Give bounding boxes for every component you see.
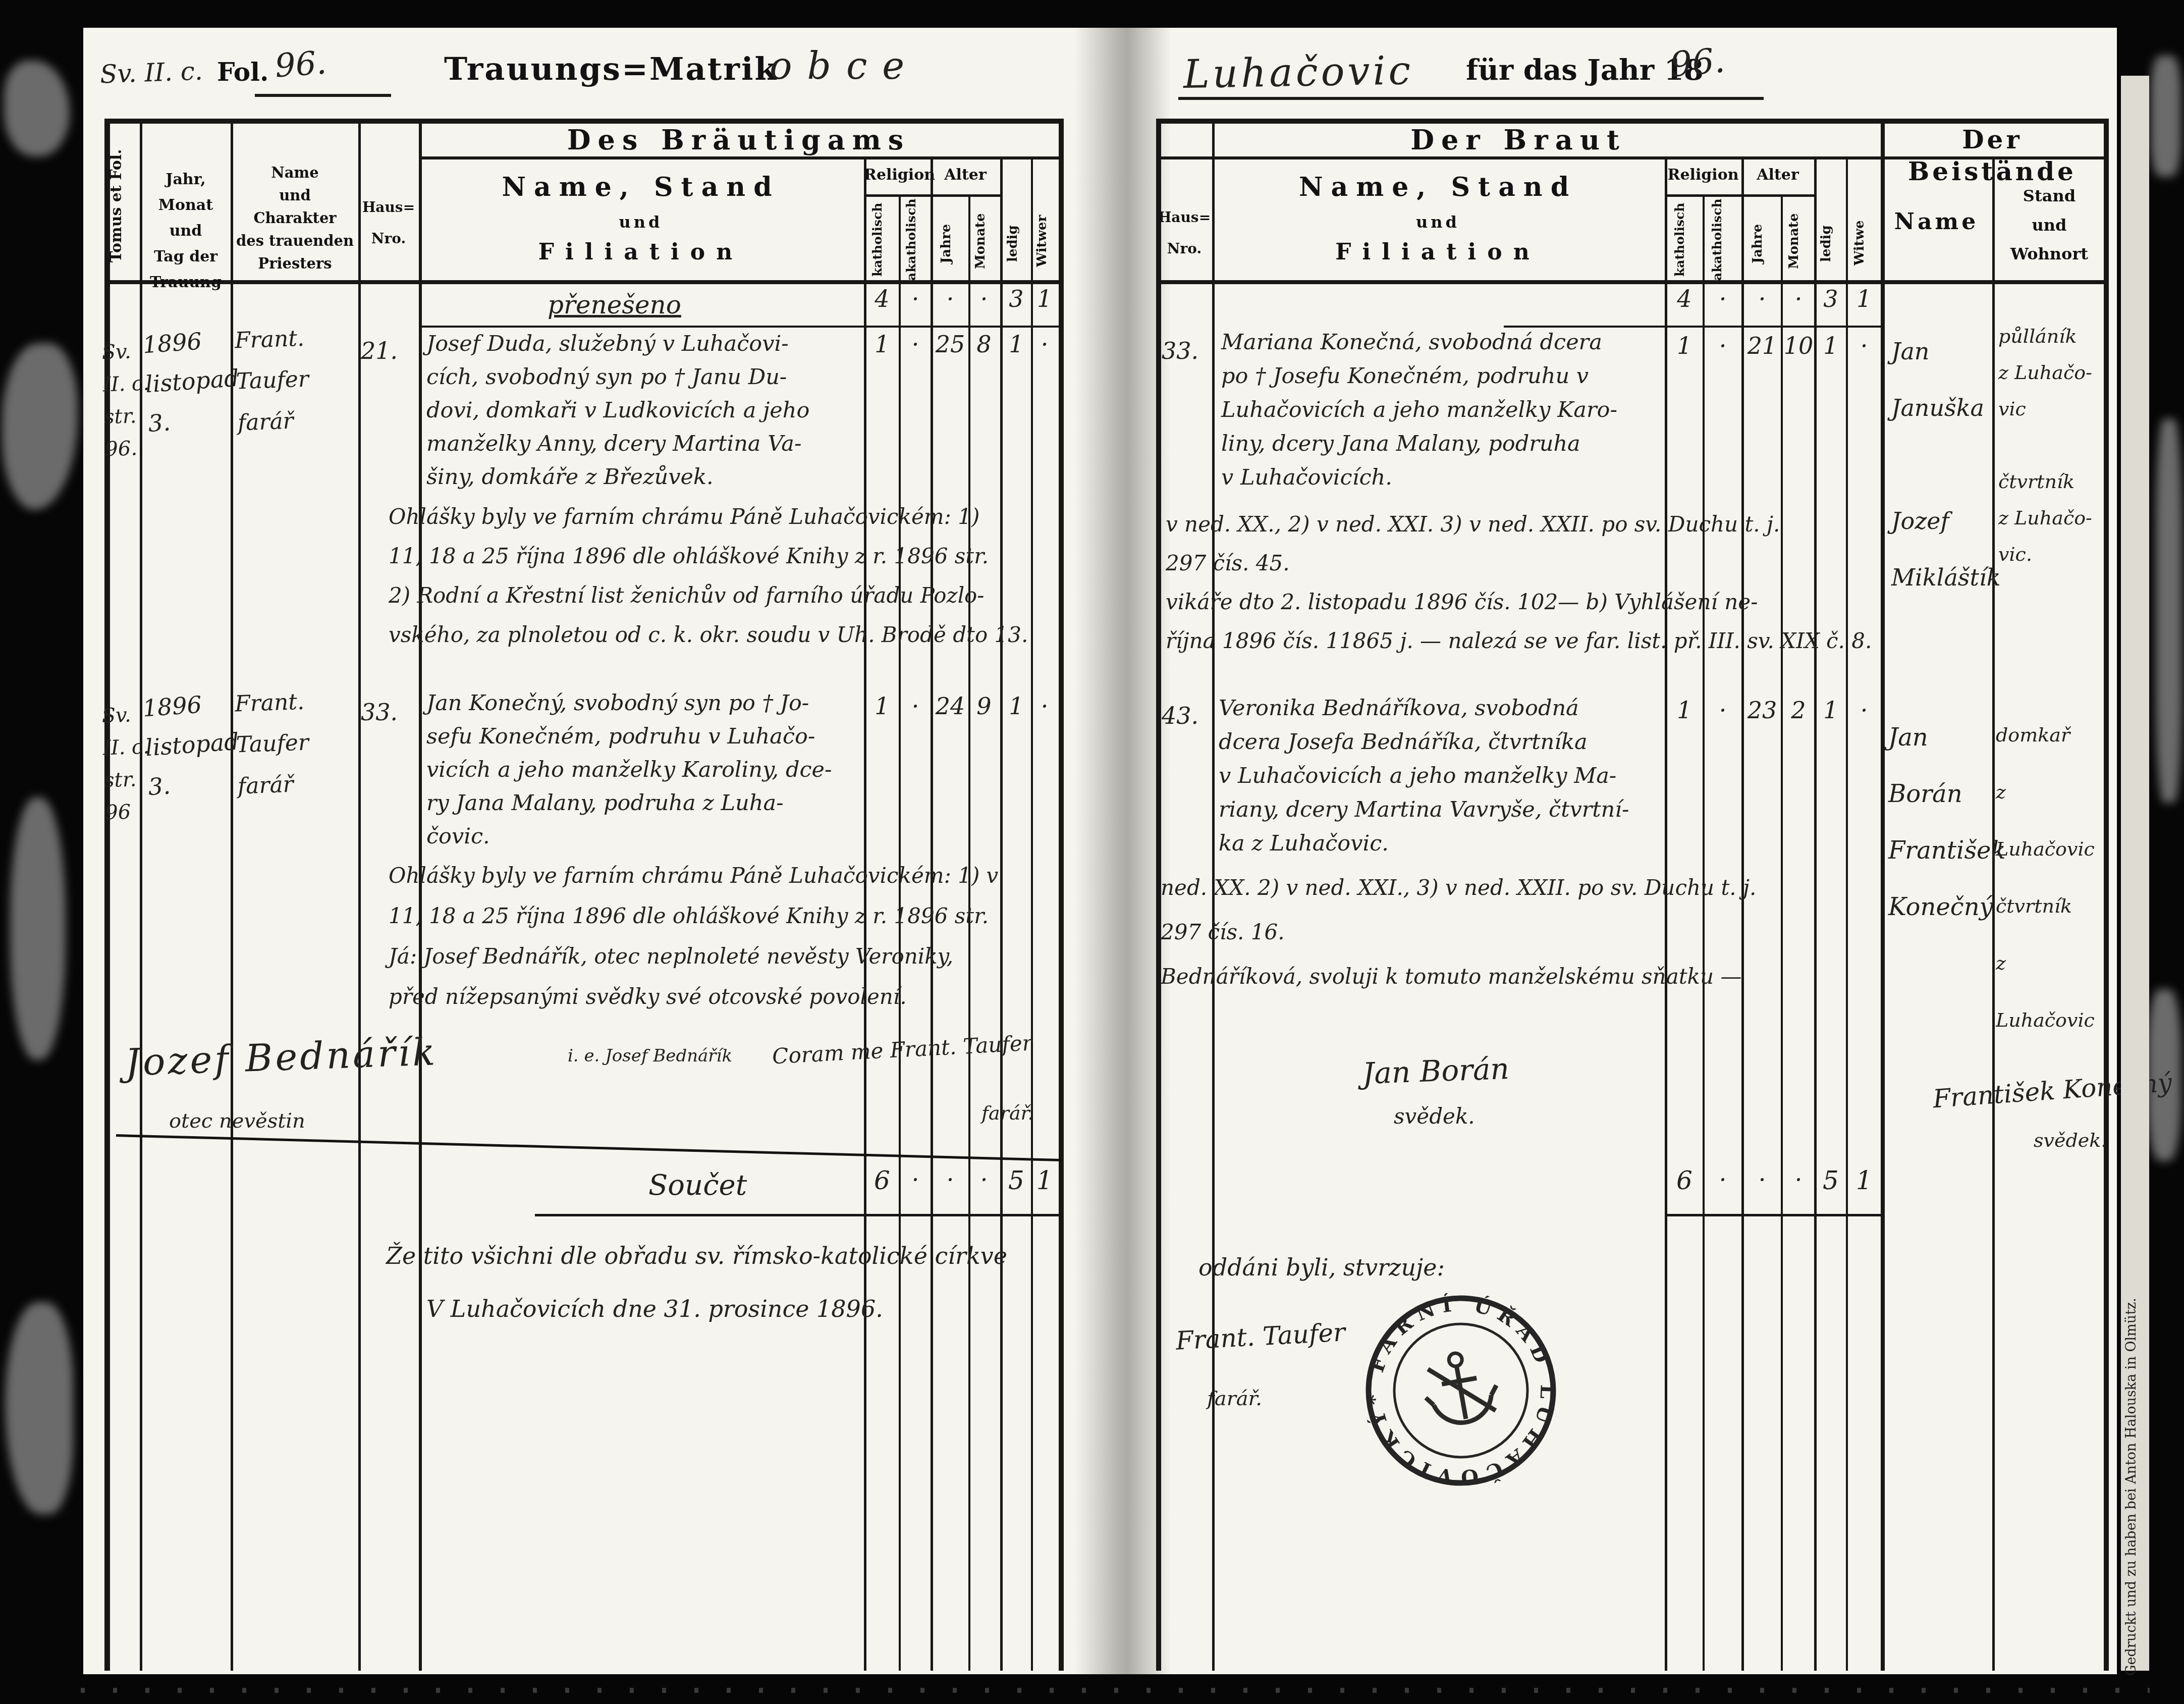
carryover-groom-jahre: ·: [931, 285, 969, 312]
entry1-groom-jahre: 25: [931, 331, 969, 358]
sum-bride-ledig: 5: [1812, 1166, 1850, 1195]
col-witness-name: Name: [1881, 208, 1992, 236]
col-monate: Monate: [974, 202, 987, 281]
register-title: Trauungs=Matrik: [444, 49, 778, 89]
carryover-bride-akath: ·: [1704, 285, 1742, 312]
col-religion-bride: Religion: [1665, 166, 1741, 185]
coram-note-sub: farář.: [981, 1099, 1034, 1127]
col-ledig: ledig: [1006, 206, 1019, 282]
entry2-groom-jahre: 24: [931, 693, 969, 720]
anchor-icon: [1419, 1347, 1502, 1428]
col-haus-bride: Haus= Nro.: [1156, 202, 1213, 264]
film-artifact: [2156, 419, 2182, 803]
film-artifact: [5, 1302, 73, 1514]
col-tomus: Tomus et Fol.: [109, 139, 124, 273]
film-artifact: [2, 343, 78, 510]
entry1-groom-akath: ·: [896, 331, 935, 358]
bride-section-title: Der Braut: [1156, 123, 1881, 157]
film-artifact: [10, 797, 66, 1060]
place-name: Luhačovic: [1183, 42, 1414, 103]
col-religion: Religion: [864, 166, 931, 185]
carryover-label: přenešeno: [548, 287, 681, 324]
entry2-groom-banns: Ohlášky byly ve farním chrámu Páně Luhač…: [389, 856, 1095, 1017]
year-value: 96.: [1668, 36, 1727, 90]
entry1-bride-jahre: 21: [1743, 332, 1781, 359]
carryover-groom-kath: 4: [863, 285, 901, 312]
entry2-bride-haus: 43.: [1162, 699, 1198, 733]
sum-label: Součet: [648, 1165, 747, 1206]
entry1-bride-ledig: 1: [1812, 332, 1850, 359]
col-filiation-bride: Filiation: [1212, 238, 1664, 266]
carryover-groom-witwer: 1: [1025, 285, 1064, 312]
entry1-priest: Frant. Taufer farář: [234, 318, 311, 444]
entry1-witness-names: Jan Januška Jozef Mikláštík: [1891, 323, 1992, 606]
entry2-bride-jahre: 23: [1743, 697, 1781, 724]
groom-section-title: Des Bräutigams: [419, 123, 1059, 157]
entry1-bride-text: Mariana Konečná, svobodná dcera po † Jos…: [1221, 326, 1726, 495]
col-jahre-bride: Jahre: [1751, 206, 1764, 282]
entry2-bride-witwe: ·: [1845, 697, 1883, 724]
fol-label: Fol.: [217, 57, 269, 88]
col-monate-bride: Monate: [1787, 202, 1800, 281]
tomus-note: Sv. II. c.: [99, 52, 203, 93]
sum-bride-jahre: ·: [1743, 1166, 1781, 1193]
entry2-groom-haus: 33.: [361, 696, 398, 729]
film-artifact: [4, 61, 70, 156]
entry2-bride-banns: ned. XX. 2) v ned. XXI., 3) v ned. XXII.…: [1161, 866, 1918, 999]
title-underline: [1178, 97, 1764, 100]
entry1-bride-akath: ·: [1704, 332, 1742, 359]
entry2-bride-ledig: 1: [1812, 697, 1850, 724]
entry2-groom-akath: ·: [896, 693, 935, 720]
register-scan: Sv. II. c. Fol. 96. Trauungs=Matrik obce…: [0, 0, 2184, 1704]
film-ruler: [81, 1688, 2150, 1693]
father-signature-sub: otec nevěstin: [169, 1106, 305, 1136]
entry2-witness-stand: domkař z Luhačovic čtvrtník z Luhačovic: [1996, 707, 2104, 1049]
closing-right-line: oddáni byli, stvrzuje:: [1198, 1251, 1445, 1285]
entry1-groom-kath: 1: [863, 331, 901, 358]
entry1-groom-text: Josef Duda, služebný v Luhačovi- cích, s…: [426, 327, 931, 494]
entry2-groom-kath: 1: [863, 693, 901, 720]
col-witness-stand: Stand und Wohnort: [1995, 182, 2104, 269]
entry1-witness-stand: půlláník z Luhačo- vic čtvrtník z Luhačo…: [1998, 318, 2104, 572]
film-artifact: [2151, 56, 2181, 177]
carryover-bride-witwe: 1: [1845, 285, 1883, 312]
fol-value: 96.: [274, 40, 328, 90]
col-akatholisch-bride: akatholisch: [1711, 198, 1723, 282]
grid-line: [1665, 1214, 1881, 1216]
witness-section-title: Der Beistände: [1881, 124, 2104, 187]
entry1-bride-witwe: ·: [1845, 332, 1883, 359]
entry2-groom-text: Jan Konečný, svobodný syn po † Jo- sefu …: [426, 686, 931, 853]
grid-line: [1665, 194, 1814, 197]
entry2-bride-akath: ·: [1704, 697, 1742, 724]
col-jahre: Jahre: [940, 206, 953, 282]
sum-bride-kath: 6: [1665, 1166, 1704, 1195]
sum-groom-kath: 6: [863, 1166, 901, 1195]
col-alter-bride: Alter: [1741, 166, 1814, 185]
entry1-groom-haus: 21.: [361, 334, 398, 368]
sum-bride-akath: ·: [1704, 1166, 1742, 1193]
year-label: für das Jahr 18: [1466, 52, 1704, 88]
fol-underline: [255, 94, 391, 97]
priest-signature-sub: farář.: [1207, 1384, 1262, 1413]
entry2-witness-names: Jan Borán František Konečný: [1888, 709, 1994, 935]
entry1-groom-witwer: ·: [1025, 331, 1064, 358]
carryover-bride-kath: 4: [1665, 285, 1704, 312]
witness2-signature-sub: svědek.: [2034, 1127, 2107, 1154]
entry2-date: 1896 listopad 3.: [141, 682, 243, 807]
sum-groom-witwer: 1: [1025, 1166, 1064, 1195]
carryover-bride-jahre: ·: [1743, 285, 1781, 312]
col-akatholisch: akatholisch: [905, 198, 917, 282]
grid-line: [1156, 280, 2104, 284]
obce-note: obce: [770, 39, 919, 93]
entry1-bride-haus: 33.: [1162, 334, 1198, 368]
col-name-und: und: [419, 212, 863, 232]
col-haus: Haus= Nro.: [359, 192, 418, 254]
carryover-bride-ledig: 3: [1812, 285, 1850, 312]
father-signature: Jozef Bednářík: [124, 1025, 438, 1090]
entry1-groom-banns: Ohlášky byly ve farním chrámu Páně Luhač…: [389, 497, 1095, 655]
col-name-stand: Name, Stand: [419, 171, 863, 203]
entry2-bride-text: Veronika Bednáříkova, svobodná dcera Jos…: [1219, 691, 1723, 861]
col-name-und-bride: und: [1212, 212, 1664, 232]
col-priest: Name und Charakter des trauenden Prieste…: [233, 162, 357, 275]
entry1-bride-kath: 1: [1665, 332, 1704, 359]
sum-groom-jahre: ·: [931, 1166, 969, 1193]
col-katholisch-bride: katholisch: [1673, 199, 1686, 280]
grid-line: [2104, 119, 2109, 1671]
col-witwe-bride: Witwe: [1853, 204, 1866, 282]
col-date: Jahr, Monat und Tag der Trauung: [142, 167, 229, 295]
col-alter: Alter: [931, 166, 1000, 185]
entry2-priest: Frant. Taufer farář: [234, 681, 311, 807]
sum-groom-akath: ·: [896, 1166, 935, 1193]
carryover-groom-akath: ·: [896, 285, 935, 312]
sum-bride-witwe: 1: [1845, 1166, 1883, 1195]
parish-stamp: * FARNÍ ÚŘAD LUHAČOVICKÝ: [1347, 1276, 1575, 1505]
grid-line: [535, 1214, 1059, 1216]
col-witwer: Witwer: [1035, 201, 1049, 281]
clerk-note: i. e. Josef Bednářík: [568, 1044, 732, 1069]
entry1-date: 1896 listopad 3.: [141, 319, 243, 444]
entry2-groom-witwer: ·: [1025, 693, 1064, 720]
col-katholisch: katholisch: [871, 199, 884, 280]
col-ledig-bride: ledig: [1820, 206, 1833, 282]
closing-line1: Že tito všichni dle obřadu sv. římsko-ka…: [386, 1239, 1007, 1273]
witness1-signature-sub: svědek.: [1394, 1101, 1475, 1132]
entry2-bride-kath: 1: [1665, 697, 1704, 724]
closing-line2: V Luhačovicích dne 31. prosince 1896.: [426, 1292, 883, 1326]
witness1-signature: Jan Borán: [1362, 1047, 1510, 1095]
entry1-bride-banns: v ned. XX., 2) v ned. XXI. 3) v ned. XXI…: [1166, 505, 1923, 660]
printer-imprint: Gedruckt und zu haben bei Anton Halouska…: [2124, 1105, 2138, 1676]
col-name-stand-bride: Name, Stand: [1212, 171, 1664, 203]
col-filiation: Filiation: [419, 238, 863, 266]
